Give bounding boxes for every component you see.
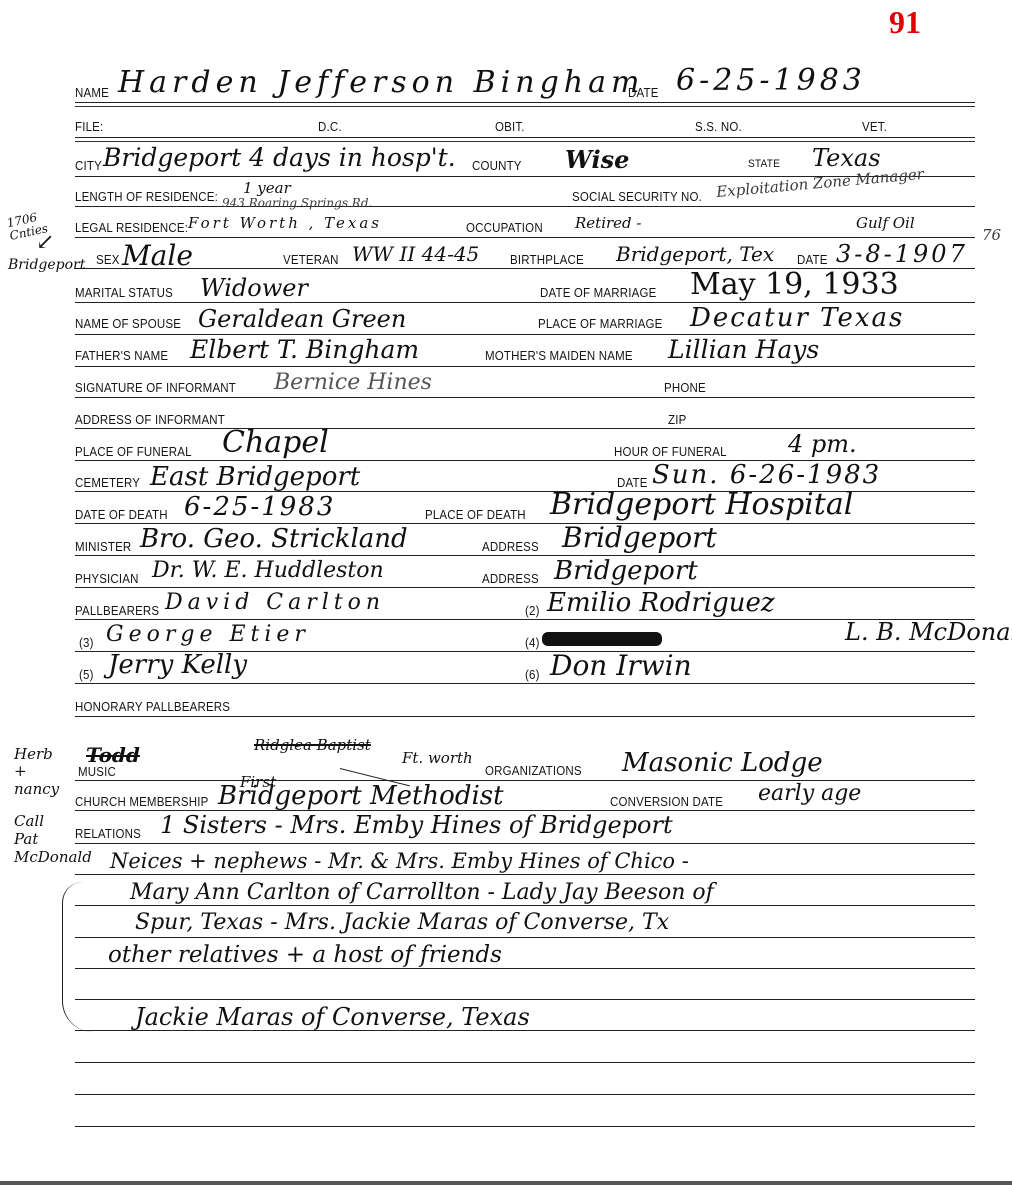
date-label: Date <box>628 86 659 100</box>
rule-relations-2 <box>75 874 975 875</box>
funeral-place-value: Chapel <box>222 428 329 458</box>
date-of-death-label: Date of Death <box>75 508 168 522</box>
father-value: Elbert T. Bingham <box>190 337 419 362</box>
age-note: 76 <box>982 228 1001 243</box>
organizations-value: Masonic Lodge <box>622 750 823 776</box>
minister-label: Minister <box>75 540 131 554</box>
physician-address-label: Address <box>482 572 539 586</box>
rule-blank-1 <box>75 1062 975 1063</box>
music-value: Todd <box>86 745 140 765</box>
ss-no-label: S.S. No. <box>695 120 742 134</box>
spouse-label: Name of Spouse <box>75 317 181 331</box>
relations-line-1: 1 Sisters - Mrs. Emby Hines of Bridgepor… <box>160 813 673 837</box>
rule-informant-address <box>75 428 975 429</box>
address-note: 943 Roaring Springs Rd. <box>222 197 372 209</box>
legal-residence-label: Legal Residence: <box>75 221 188 235</box>
funeral-place-label: Place of Funeral <box>75 445 192 459</box>
informant-signature-value: Bernice Hines <box>274 372 432 394</box>
crossed-out-name <box>542 632 662 646</box>
occupation-value: Retired - <box>575 216 641 231</box>
rule-relations-6 <box>75 999 975 1000</box>
rule-name <box>75 102 975 103</box>
page-bottom-edge <box>0 1181 1012 1185</box>
minister-address-label: Address <box>482 540 539 554</box>
birth-date-value: 3-8-1907 <box>836 242 968 266</box>
arrow-down-left-icon: ↙ <box>36 232 54 254</box>
relations-line-3: Mary Ann Carlton of Carrollton - Lady Ja… <box>130 882 714 904</box>
dc-label: D.C. <box>318 120 342 134</box>
funeral-hour-label: Hour of Funeral <box>614 445 727 459</box>
minister-value: Bro. Geo. Strickland <box>140 526 408 552</box>
place-of-marriage-label: Place of Marriage <box>538 317 663 331</box>
cemetery-value: East Bridgeport <box>150 464 360 490</box>
name-value: Harden Jefferson Bingham <box>118 68 644 98</box>
marital-status-value: Widower <box>200 276 308 300</box>
rule-file <box>75 137 975 138</box>
rule-relations-7 <box>75 1030 975 1031</box>
legal-residence-value: Fort Worth , Texas <box>188 216 382 231</box>
physician-label: Physician <box>75 572 139 586</box>
pallbearer-6: Don Irwin <box>550 652 692 680</box>
file-label: File: <box>75 120 103 134</box>
relations-line-4: Spur, Texas - Mrs. Jackie Maras of Conve… <box>135 912 669 934</box>
rule-signature <box>75 397 975 398</box>
county-value: Wise <box>565 148 629 172</box>
length-residence-label: Length of Residence: <box>75 190 218 204</box>
pallbearer-5: Jerry Kelly <box>108 652 247 678</box>
place-of-death-label: Place of Death <box>425 508 526 522</box>
page-number: 91 <box>889 4 921 41</box>
honorary-pallbearers-label: Honorary Pallbearers <box>75 700 230 714</box>
conversion-date-label: Conversion Date <box>610 795 723 809</box>
county-label: County <box>472 159 522 173</box>
informant-signature-label: Signature of Informant <box>75 381 236 395</box>
city-label: City <box>75 159 102 173</box>
date-of-death-value: 6-25-1983 <box>184 494 335 520</box>
employer-value: Gulf Oil <box>856 216 915 231</box>
length-residence-value: 1 year <box>243 181 291 196</box>
pallbearer-3: George Etier <box>106 624 310 646</box>
rule-pallbearers-1 <box>75 619 975 620</box>
state-value: Texas <box>812 146 881 170</box>
place-of-marriage-value: Decatur Texas <box>690 305 904 331</box>
funeral-date-value: Sun. 6-26-1983 <box>652 462 881 488</box>
bracket-mark <box>62 882 93 1032</box>
date-value: 6-25-1983 <box>676 66 866 96</box>
zip-label: Zip <box>668 413 686 427</box>
music-struck-note: Ridglea Baptist <box>254 738 371 753</box>
conversion-date-value: early age <box>758 783 861 805</box>
physician-address-value: Bridgeport <box>554 558 698 584</box>
rule-physician <box>75 587 975 588</box>
vet-label: Vet. <box>862 120 887 134</box>
music-note-2: Ft. worth <box>402 751 473 766</box>
funeral-hour-value: 4 pm. <box>788 432 857 456</box>
rule-blank-2 <box>75 1094 975 1095</box>
birth-date-label: Date <box>797 253 828 267</box>
ssn-label: Social Security No. <box>572 190 702 204</box>
rule-relations-5 <box>75 968 975 969</box>
music-label: Music <box>78 765 116 779</box>
margin-note-herb-nancy: Herb + nancy <box>14 746 50 798</box>
pallbearer-2-num: (2) <box>525 604 540 618</box>
rule-father <box>75 366 975 367</box>
rule-legal <box>75 237 975 238</box>
cemetery-label: Cemetery <box>75 476 140 490</box>
organizations-label: Organizations <box>485 764 582 778</box>
pallbearers-label: Pallbearers <box>75 604 159 618</box>
veteran-value: WW II 44-45 <box>352 244 479 264</box>
rule-blank-3 <box>75 1126 975 1127</box>
father-label: Father's Name <box>75 349 168 363</box>
relations-line-2: Neices + nephews - Mr. & Mrs. Emby Hines… <box>110 851 689 872</box>
birthplace-value: Bridgeport, Tex <box>616 244 774 264</box>
minister-address-value: Bridgeport <box>562 524 717 552</box>
sex-value: Male <box>122 242 193 270</box>
date-of-marriage-value: May 19, 1933 <box>690 270 899 300</box>
pallbearer-6-num: (6) <box>525 668 540 682</box>
relations-line-6: Jackie Maras of Converse, Texas <box>135 1005 530 1029</box>
relations-line-5: other relatives + a host of friends <box>108 944 502 967</box>
pallbearer-4: L. B. McDonald <box>845 620 1012 644</box>
veteran-label: Veteran <box>283 253 339 267</box>
physician-value: Dr. W. E. Huddleston <box>152 560 384 582</box>
margin-note-bridgeport: Bridgeport <box>8 258 85 272</box>
date-of-marriage-label: Date of Marriage <box>540 286 656 300</box>
city-value: Bridgeport 4 days in hosp't. <box>103 145 456 170</box>
obit-label: Obit. <box>495 120 525 134</box>
relations-label: Relations <box>75 827 141 841</box>
birthplace-label: Birthplace <box>510 253 584 267</box>
pallbearer-5-num: (5) <box>79 668 94 682</box>
pallbearer-4-num: (4) <box>525 636 540 650</box>
margin-note-call-pat: Call Pat McDonald <box>14 812 62 866</box>
rule-length <box>75 206 975 207</box>
mother-label: Mother's Maiden Name <box>485 349 633 363</box>
spouse-value: Geraldean Green <box>198 307 406 331</box>
state-label: State <box>748 158 780 170</box>
rule-relations-1 <box>75 843 975 844</box>
rule-honorary <box>75 716 975 717</box>
pallbearer-2: Emilio Rodriguez <box>547 590 775 616</box>
church-membership-value: Bridgeport Methodist <box>218 783 504 809</box>
mother-value: Lillian Hays <box>668 337 819 362</box>
sex-label: Sex <box>96 253 120 267</box>
church-membership-label: Church Membership <box>75 795 208 809</box>
occupation-label: Occupation <box>466 221 543 235</box>
rule-pallbearers-3 <box>75 683 975 684</box>
rule-minister <box>75 555 975 556</box>
name-label: Name <box>75 86 109 100</box>
pallbearer-3-num: (3) <box>79 636 94 650</box>
rule-relations-3 <box>75 905 975 906</box>
place-of-death-value: Bridgeport Hospital <box>550 490 853 520</box>
phone-label: Phone <box>664 381 706 395</box>
informant-address-label: Address of Informant <box>75 413 225 427</box>
pallbearer-1: David Carlton <box>165 592 385 614</box>
rule-relations-4 <box>75 937 975 938</box>
marital-status-label: Marital Status <box>75 286 173 300</box>
